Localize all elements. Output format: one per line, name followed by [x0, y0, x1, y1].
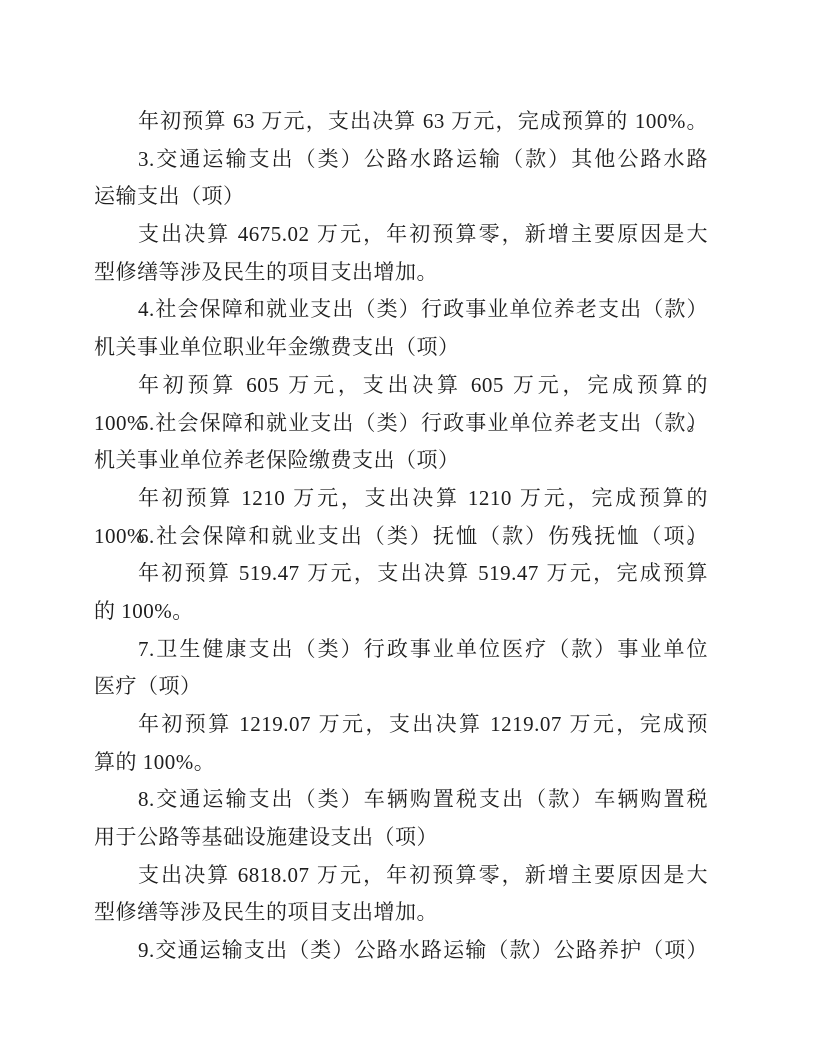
text-line: 用于公路等基础设施建设支出（项） — [94, 819, 708, 857]
text-line: 支出决算 6818.07 万元，年初预算零，新增主要原因是大 — [94, 857, 708, 895]
text-line: 6.社会保障和就业支出（类）抚恤（款）伤残抚恤（项） — [94, 518, 708, 556]
text-line: 年初预算 63 万元，支出决算 63 万元，完成预算的 100%。 — [94, 103, 708, 141]
text-line: 的 100%。 — [94, 593, 708, 631]
text-line: 3.交通运输支出（类）公路水路运输（款）其他公路水路 — [94, 141, 708, 179]
text-line: 医疗（项） — [94, 668, 708, 706]
text-line: 年初预算 1219.07 万元，支出决算 1219.07 万元，完成预 — [94, 706, 708, 744]
text-line: 年初预算 605 万元，支出决算 605 万元，完成预算的 100%。 — [94, 367, 708, 405]
text-line: 型修缮等涉及民生的项目支出增加。 — [94, 254, 708, 292]
text-line: 机关事业单位职业年金缴费支出（项） — [94, 329, 708, 367]
document-page: 年初预算 63 万元，支出决算 63 万元，完成预算的 100%。 3.交通运输… — [0, 0, 816, 1056]
text-line: 5.社会保障和就业支出（类）行政事业单位养老支出（款） — [94, 405, 708, 443]
text-line: 运输支出（项） — [94, 178, 708, 216]
text-line: 9.交通运输支出（类）公路水路运输（款）公路养护（项） — [94, 932, 708, 970]
text-line: 型修缮等涉及民生的项目支出增加。 — [94, 894, 708, 932]
text-line: 机关事业单位养老保险缴费支出（项） — [94, 442, 708, 480]
document-text-block: 年初预算 63 万元，支出决算 63 万元，完成预算的 100%。 3.交通运输… — [94, 103, 708, 970]
text-line: 支出决算 4675.02 万元，年初预算零，新增主要原因是大 — [94, 216, 708, 254]
text-line: 算的 100%。 — [94, 744, 708, 782]
text-line: 8.交通运输支出（类）车辆购置税支出（款）车辆购置税 — [94, 781, 708, 819]
text-line: 年初预算 519.47 万元，支出决算 519.47 万元，完成预算 — [94, 555, 708, 593]
text-line: 7.卫生健康支出（类）行政事业单位医疗（款）事业单位 — [94, 631, 708, 669]
text-line: 4.社会保障和就业支出（类）行政事业单位养老支出（款） — [94, 291, 708, 329]
text-line: 年初预算 1210 万元，支出决算 1210 万元，完成预算的 100%。 — [94, 480, 708, 518]
